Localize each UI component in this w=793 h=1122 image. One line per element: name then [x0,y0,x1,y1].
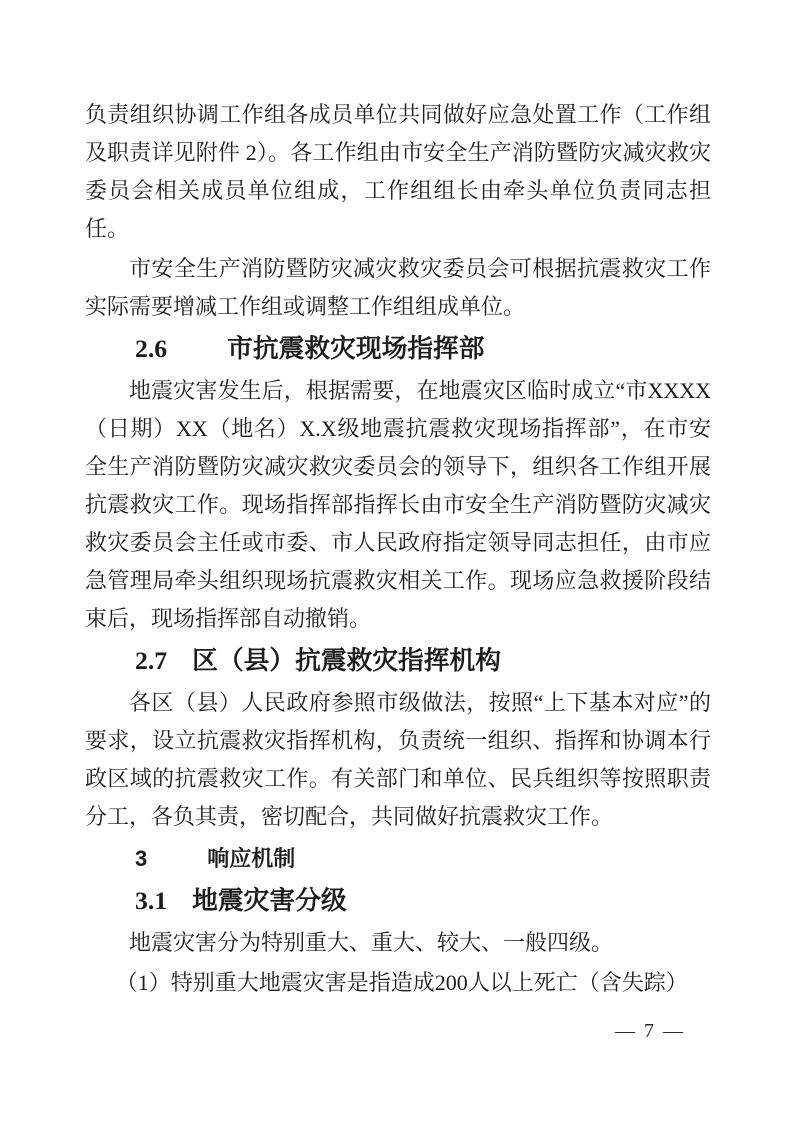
heading-number: 3.1 [135,882,167,920]
heading-2-7: 2.7区（县）抗震救灾指挥机构 [85,642,711,680]
paragraph: 市安全生产消防暨防灾减灾救灾委员会可根据抗震救灾工作实际需要增减工作组或调整工作… [85,250,711,326]
heading-2-6: 2.6市抗震救灾现场指挥部 [85,330,711,368]
heading-number: 2.7 [135,642,167,680]
paragraph-list-item: （1）特别重大地震灾害是指造成200人以上死亡（含失踪） [85,964,711,1002]
document-page: 负责组织协调工作组各成员单位共同做好应急处置工作（工作组及职责详见附件 2）。各… [0,0,793,1122]
heading-title: 区（县）抗震救灾指挥机构 [192,646,501,675]
paragraph: 各区（县）人民政府参照市级做法，按照“上下基本对应”的要求，设立抗震救灾指挥机构… [85,684,711,836]
heading-number: 3 [135,840,147,878]
heading-title: 地震灾害分级 [192,886,346,915]
heading-title: 市抗震救灾现场指挥部 [227,334,484,363]
paragraph-continuation: 负责组织协调工作组各成员单位共同做好应急处置工作（工作组及职责详见附件 2）。各… [85,96,711,248]
page-number: — 7 — [615,1020,685,1043]
paragraph: 地震灾害发生后，根据需要，在地震灾区临时成立“市XXXX（日期）XX（地名）X.… [85,372,711,638]
heading-3: 3响应机制 [85,840,711,878]
heading-3-1: 3.1地震灾害分级 [85,882,711,920]
document-content: 负责组织协调工作组各成员单位共同做好应急处置工作（工作组及职责详见附件 2）。各… [85,96,711,1004]
paragraph: 地震灾害分为特别重大、重大、较大、一般四级。 [85,924,711,962]
heading-number: 2.6 [135,330,167,368]
heading-title: 响应机制 [207,846,295,871]
